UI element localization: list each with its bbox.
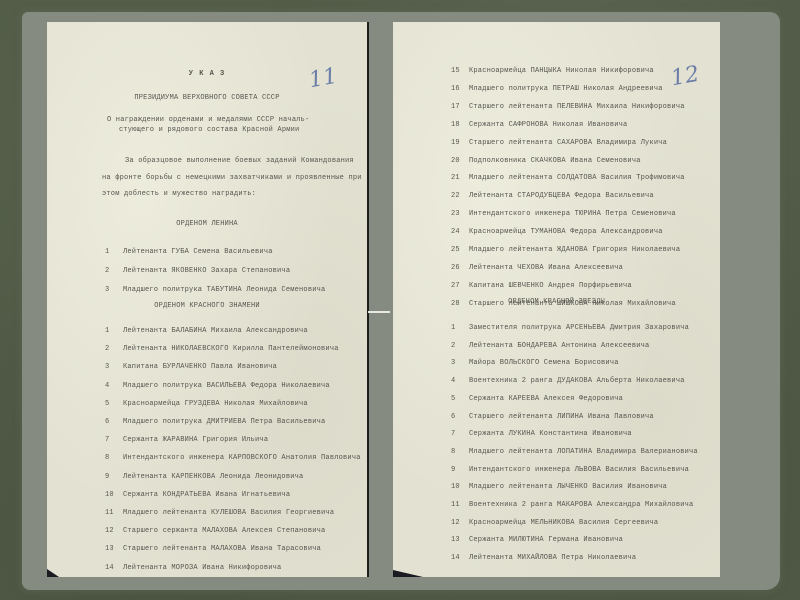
award-list-item: 4Младшего политрука ВАСИЛЬЕВА Федора Ник…	[105, 382, 330, 390]
item-number: 3	[105, 363, 123, 371]
item-text: Младшего лейтенанта ЛЫЧЕНКО Василия Иван…	[469, 483, 667, 491]
item-number: 4	[451, 377, 469, 385]
item-text: Старшего лейтенанта ЛИПИНА Ивана Павлови…	[469, 413, 654, 421]
award-list-item: 9Лейтенанта КАРПЕНКОВА Леонида Леонидови…	[105, 473, 303, 481]
item-text: Лейтенанта НИКОЛАЕВСКОГО Кирилла Пантеле…	[123, 345, 339, 353]
award-list-item: 6Старшего лейтенанта ЛИПИНА Ивана Павлов…	[451, 413, 654, 421]
award-list-item: 2Лейтенанта БОНДАРЕВА Антонина Алексееви…	[451, 342, 649, 350]
section-heading-red-star: ОРДЕНОМ КРАСНОЙ ЗВЕЗДЫ	[393, 298, 720, 306]
item-text: Лейтенанта КАРПЕНКОВА Леонида Леонидович…	[123, 473, 303, 481]
award-list-item: 7Сержанта ЖАРАВИНА Григория Ильича	[105, 436, 268, 444]
award-list-item: 2Лейтенанта ЯКОВЕНКО Захара Степановича	[105, 267, 290, 275]
section-heading-lenin: ОРДЕНОМ ЛЕНИНА	[47, 220, 367, 228]
handwritten-page-number: 12	[669, 62, 701, 92]
award-list-item: 13Сержанта МИЛЮТИНА Германа Ивановича	[451, 536, 623, 544]
item-text: Лейтенанта СТАРОДУБЦЕВА Федора Васильеви…	[469, 192, 654, 200]
award-list-item: 5Сержанта КАРЕЕВА Алексея Федоровича	[451, 395, 623, 403]
item-number: 14	[451, 554, 469, 562]
item-text: Лейтенанта ЧЕХОВА Ивана Алексеевича	[469, 264, 623, 272]
item-number: 19	[451, 139, 469, 147]
intro-line-3: этом доблесть и мужество наградить:	[102, 190, 256, 198]
item-text: Старшего лейтенанта МАЛАХОВА Ивана Тарас…	[123, 545, 321, 553]
award-list-item: 23Интендантского инженера ТЮРИНА Петра С…	[451, 210, 676, 218]
item-text: Лейтенанта ГУБА Семена Васильевича	[123, 248, 273, 256]
item-text: Сержанта КАРЕЕВА Алексея Федоровича	[469, 395, 623, 403]
item-text: Интендантского инженера ТЮРИНА Петра Сем…	[469, 210, 676, 218]
item-text: Красноармейца ПАНЦЫКА Николая Никифорови…	[469, 67, 654, 75]
item-text: Старшего сержанта МАЛАХОВА Алексея Степа…	[123, 527, 325, 535]
award-list-item: 11Воентехника 2 ранга МАКАРОВА Александр…	[451, 501, 693, 509]
item-number: 11	[451, 501, 469, 509]
award-list-item: 18Сержанта САФРОНОВА Николая Ивановича	[451, 121, 627, 129]
preamble-line-1: О награждении орденами и медалями СССР н…	[107, 116, 309, 124]
item-text: Капитана ШЕВЧЕНКО Андрея Порфирьевича	[469, 282, 632, 290]
award-list-item: 6Младшего политрука ДМИТРИЕВА Петра Васи…	[105, 418, 325, 426]
item-number: 25	[451, 246, 469, 254]
award-list-item: 9Интендантского инженера ЛЬВОВА Василия …	[451, 466, 689, 474]
item-number: 3	[451, 359, 469, 367]
item-number: 15	[451, 67, 469, 75]
item-number: 8	[105, 454, 123, 462]
item-number: 7	[105, 436, 123, 444]
item-number: 13	[451, 536, 469, 544]
item-text: Лейтенанта МОРОЗА Ивана Никифоровича	[123, 564, 281, 572]
item-number: 23	[451, 210, 469, 218]
page-corner-fold	[47, 569, 59, 577]
page-gap-mark	[368, 311, 390, 313]
document-page-right: 15Красноармейца ПАНЦЫКА Николая Никифоро…	[393, 22, 720, 577]
award-list-item: 11Младшего лейтенанта КУЛЕШОВА Василия Г…	[105, 509, 334, 517]
award-list-item: 8Интендантского инженера КАРПОВСКОГО Ана…	[105, 454, 361, 462]
award-list-item: 12Старшего сержанта МАЛАХОВА Алексея Сте…	[105, 527, 325, 535]
item-text: Лейтенанта ЯКОВЕНКО Захара Степановича	[123, 267, 290, 275]
item-text: Младшего политрука ДМИТРИЕВА Петра Васил…	[123, 418, 325, 426]
item-number: 11	[105, 509, 123, 517]
award-list-item: 10Младшего лейтенанта ЛЫЧЕНКО Василия Ив…	[451, 483, 667, 491]
award-list-item: 14Лейтенанта МОРОЗА Ивана Никифоровича	[105, 564, 281, 572]
section-heading-red-banner: ОРДЕНОМ КРАСНОГО ЗНАМЕНИ	[47, 302, 367, 310]
item-number: 20	[451, 157, 469, 165]
item-number: 7	[451, 430, 469, 438]
item-text: Младшего лейтенанта ЖДАНОВА Григория Ник…	[469, 246, 680, 254]
intro-line-2: на фронте борьбы с немецкими захватчикам…	[102, 174, 362, 182]
award-list-item: 13Старшего лейтенанта МАЛАХОВА Ивана Тар…	[105, 545, 321, 553]
award-list-item: 1Лейтенанта БАЛАБИНА Михаила Александров…	[105, 327, 308, 335]
award-list-item: 3Младшего политрука ТАБУТИНА Леонида Сем…	[105, 286, 325, 294]
item-text: Сержанта ЖАРАВИНА Григория Ильича	[123, 436, 268, 444]
item-number: 18	[451, 121, 469, 129]
document-page-left: У К А З ПРЕЗИДИУМА ВЕРХОВНОГО СОВЕТА ССС…	[47, 22, 369, 577]
item-text: Красноармейца ТУМАНОВА Федора Александро…	[469, 228, 663, 236]
handwritten-page-number: 11	[307, 64, 339, 94]
award-list-item: 15Красноармейца ПАНЦЫКА Николая Никифоро…	[451, 67, 654, 75]
item-number: 2	[105, 345, 123, 353]
award-list-item: 21Младшего лейтенанта СОЛДАТОВА Василия …	[451, 174, 685, 182]
item-number: 1	[105, 327, 123, 335]
decree-subtitle: ПРЕЗИДИУМА ВЕРХОВНОГО СОВЕТА СССР	[47, 94, 367, 102]
item-number: 27	[451, 282, 469, 290]
item-number: 1	[105, 248, 123, 256]
award-list-item: 25Младшего лейтенанта ЖДАНОВА Григория Н…	[451, 246, 680, 254]
item-number: 17	[451, 103, 469, 111]
award-list-item: 26Лейтенанта ЧЕХОВА Ивана Алексеевича	[451, 264, 623, 272]
award-list-item: 10Сержанта КОНДРАТЬЕВА Ивана Игнатьевича	[105, 491, 290, 499]
award-list-item: 4Воентехника 2 ранга ДУДАКОВА Альберта Н…	[451, 377, 685, 385]
item-text: Лейтенанта БАЛАБИНА Михаила Александрови…	[123, 327, 308, 335]
item-number: 10	[105, 491, 123, 499]
item-text: Старшего лейтенанта ПЕЛЕВИНА Михаила Ник…	[469, 103, 685, 111]
item-number: 2	[105, 267, 123, 275]
award-list-item: 20Подполковника СКАЧКОВА Ивана Семенович…	[451, 157, 641, 165]
item-number: 2	[451, 342, 469, 350]
item-text: Сержанта КОНДРАТЬЕВА Ивана Игнатьевича	[123, 491, 290, 499]
item-text: Младшего лейтенанта ЛОПАТИНА Владимира В…	[469, 448, 698, 456]
item-text: Лейтенанта БОНДАРЕВА Антонина Алексеевич…	[469, 342, 649, 350]
item-text: Лейтенанта МИХАЙЛОВА Петра Николаевича	[469, 554, 636, 562]
item-number: 12	[105, 527, 123, 535]
item-number: 9	[451, 466, 469, 474]
item-text: Красноармейца МЕЛЬНИКОВА Василия Сергеев…	[469, 519, 658, 527]
award-list-item: 22Лейтенанта СТАРОДУБЦЕВА Федора Василье…	[451, 192, 654, 200]
item-text: Сержанта МИЛЮТИНА Германа Ивановича	[469, 536, 623, 544]
award-list-item: 2Лейтенанта НИКОЛАЕВСКОГО Кирилла Пантел…	[105, 345, 339, 353]
award-list-item: 8Младшего лейтенанта ЛОПАТИНА Владимира …	[451, 448, 698, 456]
item-number: 9	[105, 473, 123, 481]
item-number: 1	[451, 324, 469, 332]
item-text: Младшего политрука ПЕТРАШ Николая Андрее…	[469, 85, 663, 93]
intro-line-1: За образцовое выполнение боевых заданий …	[125, 157, 354, 165]
page-corner-fold	[393, 570, 423, 577]
award-list-item: 17Старшего лейтенанта ПЕЛЕВИНА Михаила Н…	[451, 103, 685, 111]
item-text: Сержанта САФРОНОВА Николая Ивановича	[469, 121, 627, 129]
award-list-item: 24Красноармейца ТУМАНОВА Федора Александ…	[451, 228, 663, 236]
award-list-item: 16Младшего политрука ПЕТРАШ Николая Андр…	[451, 85, 663, 93]
award-list-item: 14Лейтенанта МИХАЙЛОВА Петра Николаевича	[451, 554, 636, 562]
item-text: Интендантского инженера КАРПОВСКОГО Анат…	[123, 454, 361, 462]
item-text: Подполковника СКАЧКОВА Ивана Семеновича	[469, 157, 641, 165]
item-number: 10	[451, 483, 469, 491]
item-number: 13	[105, 545, 123, 553]
item-text: Сержанта ЛУКИНА Константина Ивановича	[469, 430, 632, 438]
item-number: 26	[451, 264, 469, 272]
item-number: 3	[105, 286, 123, 294]
item-text: Старшего лейтенанта САХАРОВА Владимира Л…	[469, 139, 667, 147]
item-text: Младшего политрука ВАСИЛЬЕВА Федора Нико…	[123, 382, 330, 390]
item-text: Интендантского инженера ЛЬВОВА Василия В…	[469, 466, 689, 474]
item-number: 24	[451, 228, 469, 236]
item-text: Воентехника 2 ранга МАКАРОВА Александра …	[469, 501, 693, 509]
item-number: 12	[451, 519, 469, 527]
award-list-item: 27Капитана ШЕВЧЕНКО Андрея Порфирьевича	[451, 282, 632, 290]
item-number: 16	[451, 85, 469, 93]
preamble-line-2: стующего и рядового состава Красной Арми…	[119, 126, 299, 134]
award-list-item: 19Старшего лейтенанта САХАРОВА Владимира…	[451, 139, 667, 147]
item-number: 22	[451, 192, 469, 200]
item-number: 8	[451, 448, 469, 456]
award-list-item: 5Красноармейца ГРУЗДЕВА Николая Михайлов…	[105, 400, 308, 408]
item-text: Младшего лейтенанта КУЛЕШОВА Василия Гео…	[123, 509, 334, 517]
item-text: Красноармейца ГРУЗДЕВА Николая Михайлови…	[123, 400, 308, 408]
award-list-item: 7Сержанта ЛУКИНА Константина Ивановича	[451, 430, 632, 438]
item-number: 5	[451, 395, 469, 403]
award-list-item: 1Лейтенанта ГУБА Семена Васильевича	[105, 248, 273, 256]
item-text: Младшего лейтенанта СОЛДАТОВА Василия Тр…	[469, 174, 685, 182]
item-number: 4	[105, 382, 123, 390]
item-number: 21	[451, 174, 469, 182]
item-text: Заместителя политрука АРСЕНЬЕВА Дмитрия …	[469, 324, 689, 332]
item-number: 6	[451, 413, 469, 421]
item-text: Воентехника 2 ранга ДУДАКОВА Альберта Ни…	[469, 377, 685, 385]
award-list-item: 1Заместителя политрука АРСЕНЬЕВА Дмитрия…	[451, 324, 689, 332]
award-list-item: 12Красноармейца МЕЛЬНИКОВА Василия Серге…	[451, 519, 658, 527]
item-number: 14	[105, 564, 123, 572]
item-text: Капитана БУРЛАЧЕНКО Павла Ивановича	[123, 363, 277, 371]
item-text: Майора ВОЛЬСКОГО Семена Борисовича	[469, 359, 619, 367]
item-number: 5	[105, 400, 123, 408]
item-text: Младшего политрука ТАБУТИНА Леонида Семе…	[123, 286, 325, 294]
item-number: 6	[105, 418, 123, 426]
award-list-item: 3Капитана БУРЛАЧЕНКО Павла Ивановича	[105, 363, 277, 371]
award-list-item: 3Майора ВОЛЬСКОГО Семена Борисовича	[451, 359, 619, 367]
